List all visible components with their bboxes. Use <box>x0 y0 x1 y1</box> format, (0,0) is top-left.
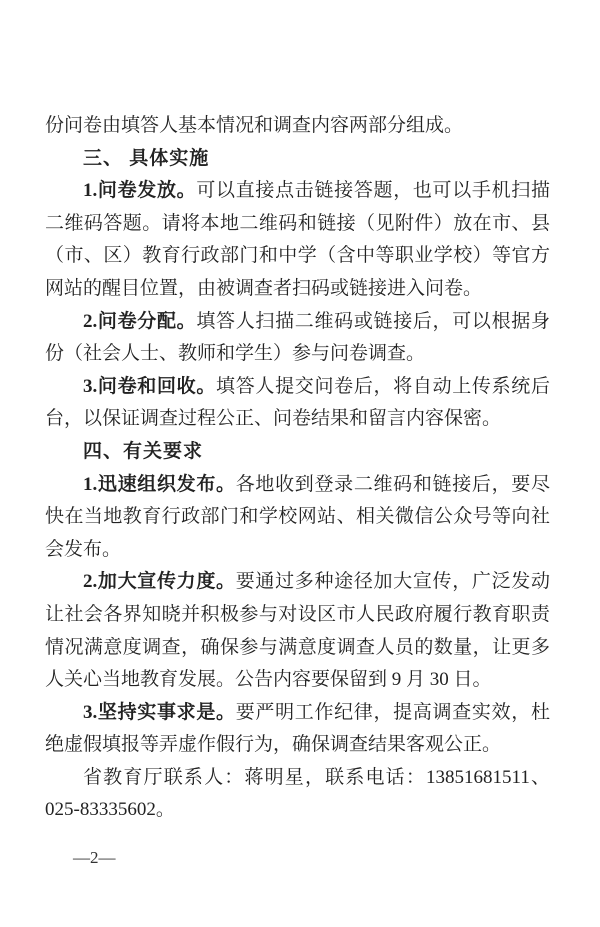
paragraph-lead: 2.加大宣传力度。 <box>83 571 236 592</box>
paragraph-increase-publicity: 2.加大宣传力度。要通过多种途径加大宣传，广泛发动让社会各界知晓并积极参与对设区… <box>45 566 550 696</box>
paragraph-questionnaire-release: 1.问卷发放。可以直接点击链接答题，也可以手机扫描二维码答题。请将本地二维码和链… <box>45 175 550 305</box>
paragraph-lead: 2.问卷分配。 <box>83 311 196 332</box>
document-page: 份问卷由填答人基本情况和调查内容两部分组成。 三、 具体实施 1.问卷发放。可以… <box>0 0 600 927</box>
document-body: 份问卷由填答人基本情况和调查内容两部分组成。 三、 具体实施 1.问卷发放。可以… <box>45 110 550 827</box>
continuation-paragraph: 份问卷由填答人基本情况和调查内容两部分组成。 <box>45 110 550 143</box>
section-heading-implementation: 三、 具体实施 <box>45 143 550 176</box>
paragraph-lead: 3.问卷和回收。 <box>83 376 216 397</box>
section-heading-requirements: 四、有关要求 <box>45 436 550 469</box>
paragraph-rapid-publication: 1.迅速组织发布。各地收到登录二维码和链接后，要尽快在当地教育行政部门和学校网站… <box>45 469 550 567</box>
paragraph-lead: 1.迅速组织发布。 <box>83 474 236 495</box>
contact-paragraph: 省教育厅联系人：蒋明星，联系电话：13851681511、025-8333560… <box>45 762 550 827</box>
paragraph-lead: 3.坚持实事求是。 <box>83 702 236 723</box>
paragraph-lead: 1.问卷发放。 <box>83 180 196 201</box>
paragraph-seek-truth: 3.坚持实事求是。要严明工作纪律，提高调查实效，杜绝虚假填报等弄虚作假行为，确保… <box>45 697 550 762</box>
paragraph-questionnaire-collection: 3.问卷和回收。填答人提交问卷后，将自动上传系统后台，以保证调查过程公正、问卷结… <box>45 371 550 436</box>
page-number: —2— <box>73 846 116 870</box>
paragraph-questionnaire-assignment: 2.问卷分配。填答人扫描二维码或链接后，可以根据身份（社会人士、教师和学生）参与… <box>45 306 550 371</box>
